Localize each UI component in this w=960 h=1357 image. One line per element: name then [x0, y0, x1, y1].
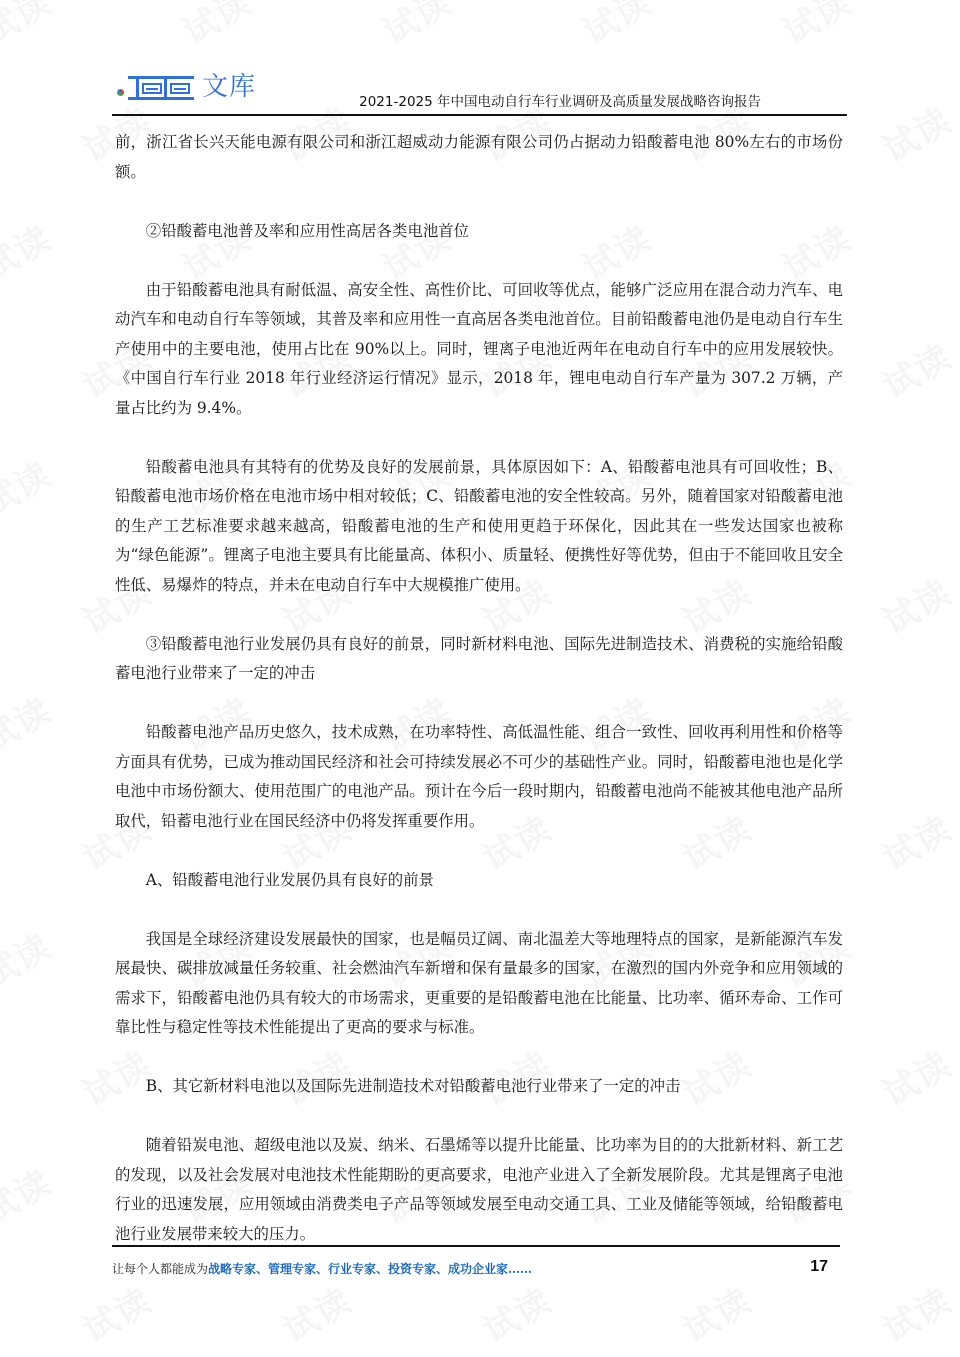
page-footer: 让每个人都能成为战略专家、管理专家、行业专家、投资专家、成功企业家…… 17: [112, 1245, 840, 1280]
brand-logo[interactable]: 文库: [117, 74, 256, 100]
paragraph: 我国是全球经济建设发展最快的国家，也是幅员辽阔、南北温差大等地理特点的国家，是新…: [115, 925, 843, 1043]
document-title: 2021-2025 年中国电动自行车行业调研及高质量发展战略咨询报告: [359, 90, 761, 110]
paragraph: 铅酸蓄电池具有其特有的优势及良好的发展前景，具体原因如下：A、铅酸蓄电池具有可回…: [115, 453, 843, 601]
logo-text: 文库: [202, 74, 256, 100]
paragraph: 铅酸蓄电池产品历史悠久，技术成熟，在功率特性、高低温性能、组合一致性、回收再利用…: [115, 718, 843, 836]
logo-dot-icon: [117, 89, 124, 96]
header-divider: [112, 114, 847, 116]
paragraph: 由于铅酸蓄电池具有耐低温、高安全性、高性价比、可回收等优点，能够广泛应用在混合动…: [115, 276, 843, 424]
logo-mark-icon: [128, 76, 194, 100]
subsection-heading: A、铅酸蓄电池行业发展仍具有良好的前景: [115, 866, 843, 896]
page-header: 文库 2021-2025 年中国电动自行车行业调研及高质量发展战略咨询报告: [112, 70, 847, 116]
footer-slogan-lead: 让每个人都能成为: [112, 1262, 208, 1276]
paragraph-continuation: 前，浙江省长兴天能电源有限公司和浙江超威动力能源有限公司仍占据动力铅酸蓄电池 8…: [115, 128, 843, 187]
document-body: 前，浙江省长兴天能电源有限公司和浙江超威动力能源有限公司仍占据动力铅酸蓄电池 8…: [115, 128, 843, 1249]
paragraph: 随着铅炭电池、超级电池以及炭、纳米、石墨烯等以提升比能量、比功率为目的的大批新材…: [115, 1131, 843, 1249]
page-number: 17: [810, 1258, 828, 1276]
section-heading: ③铅酸蓄电池行业发展仍具有良好的前景，同时新材料电池、国际先进制造技术、消费税的…: [115, 630, 843, 689]
document-page: 文库 2021-2025 年中国电动自行车行业调研及高质量发展战略咨询报告 前，…: [0, 0, 960, 1357]
footer-divider: [112, 1245, 840, 1247]
footer-slogan-roles: 战略专家、管理专家、行业专家、投资专家、成功企业家……: [208, 1262, 532, 1276]
section-heading: ②铅酸蓄电池普及率和应用性高居各类电池首位: [115, 217, 843, 247]
subsection-heading: B、其它新材料电池以及国际先进制造技术对铅酸蓄电池行业带来了一定的冲击: [115, 1072, 843, 1102]
